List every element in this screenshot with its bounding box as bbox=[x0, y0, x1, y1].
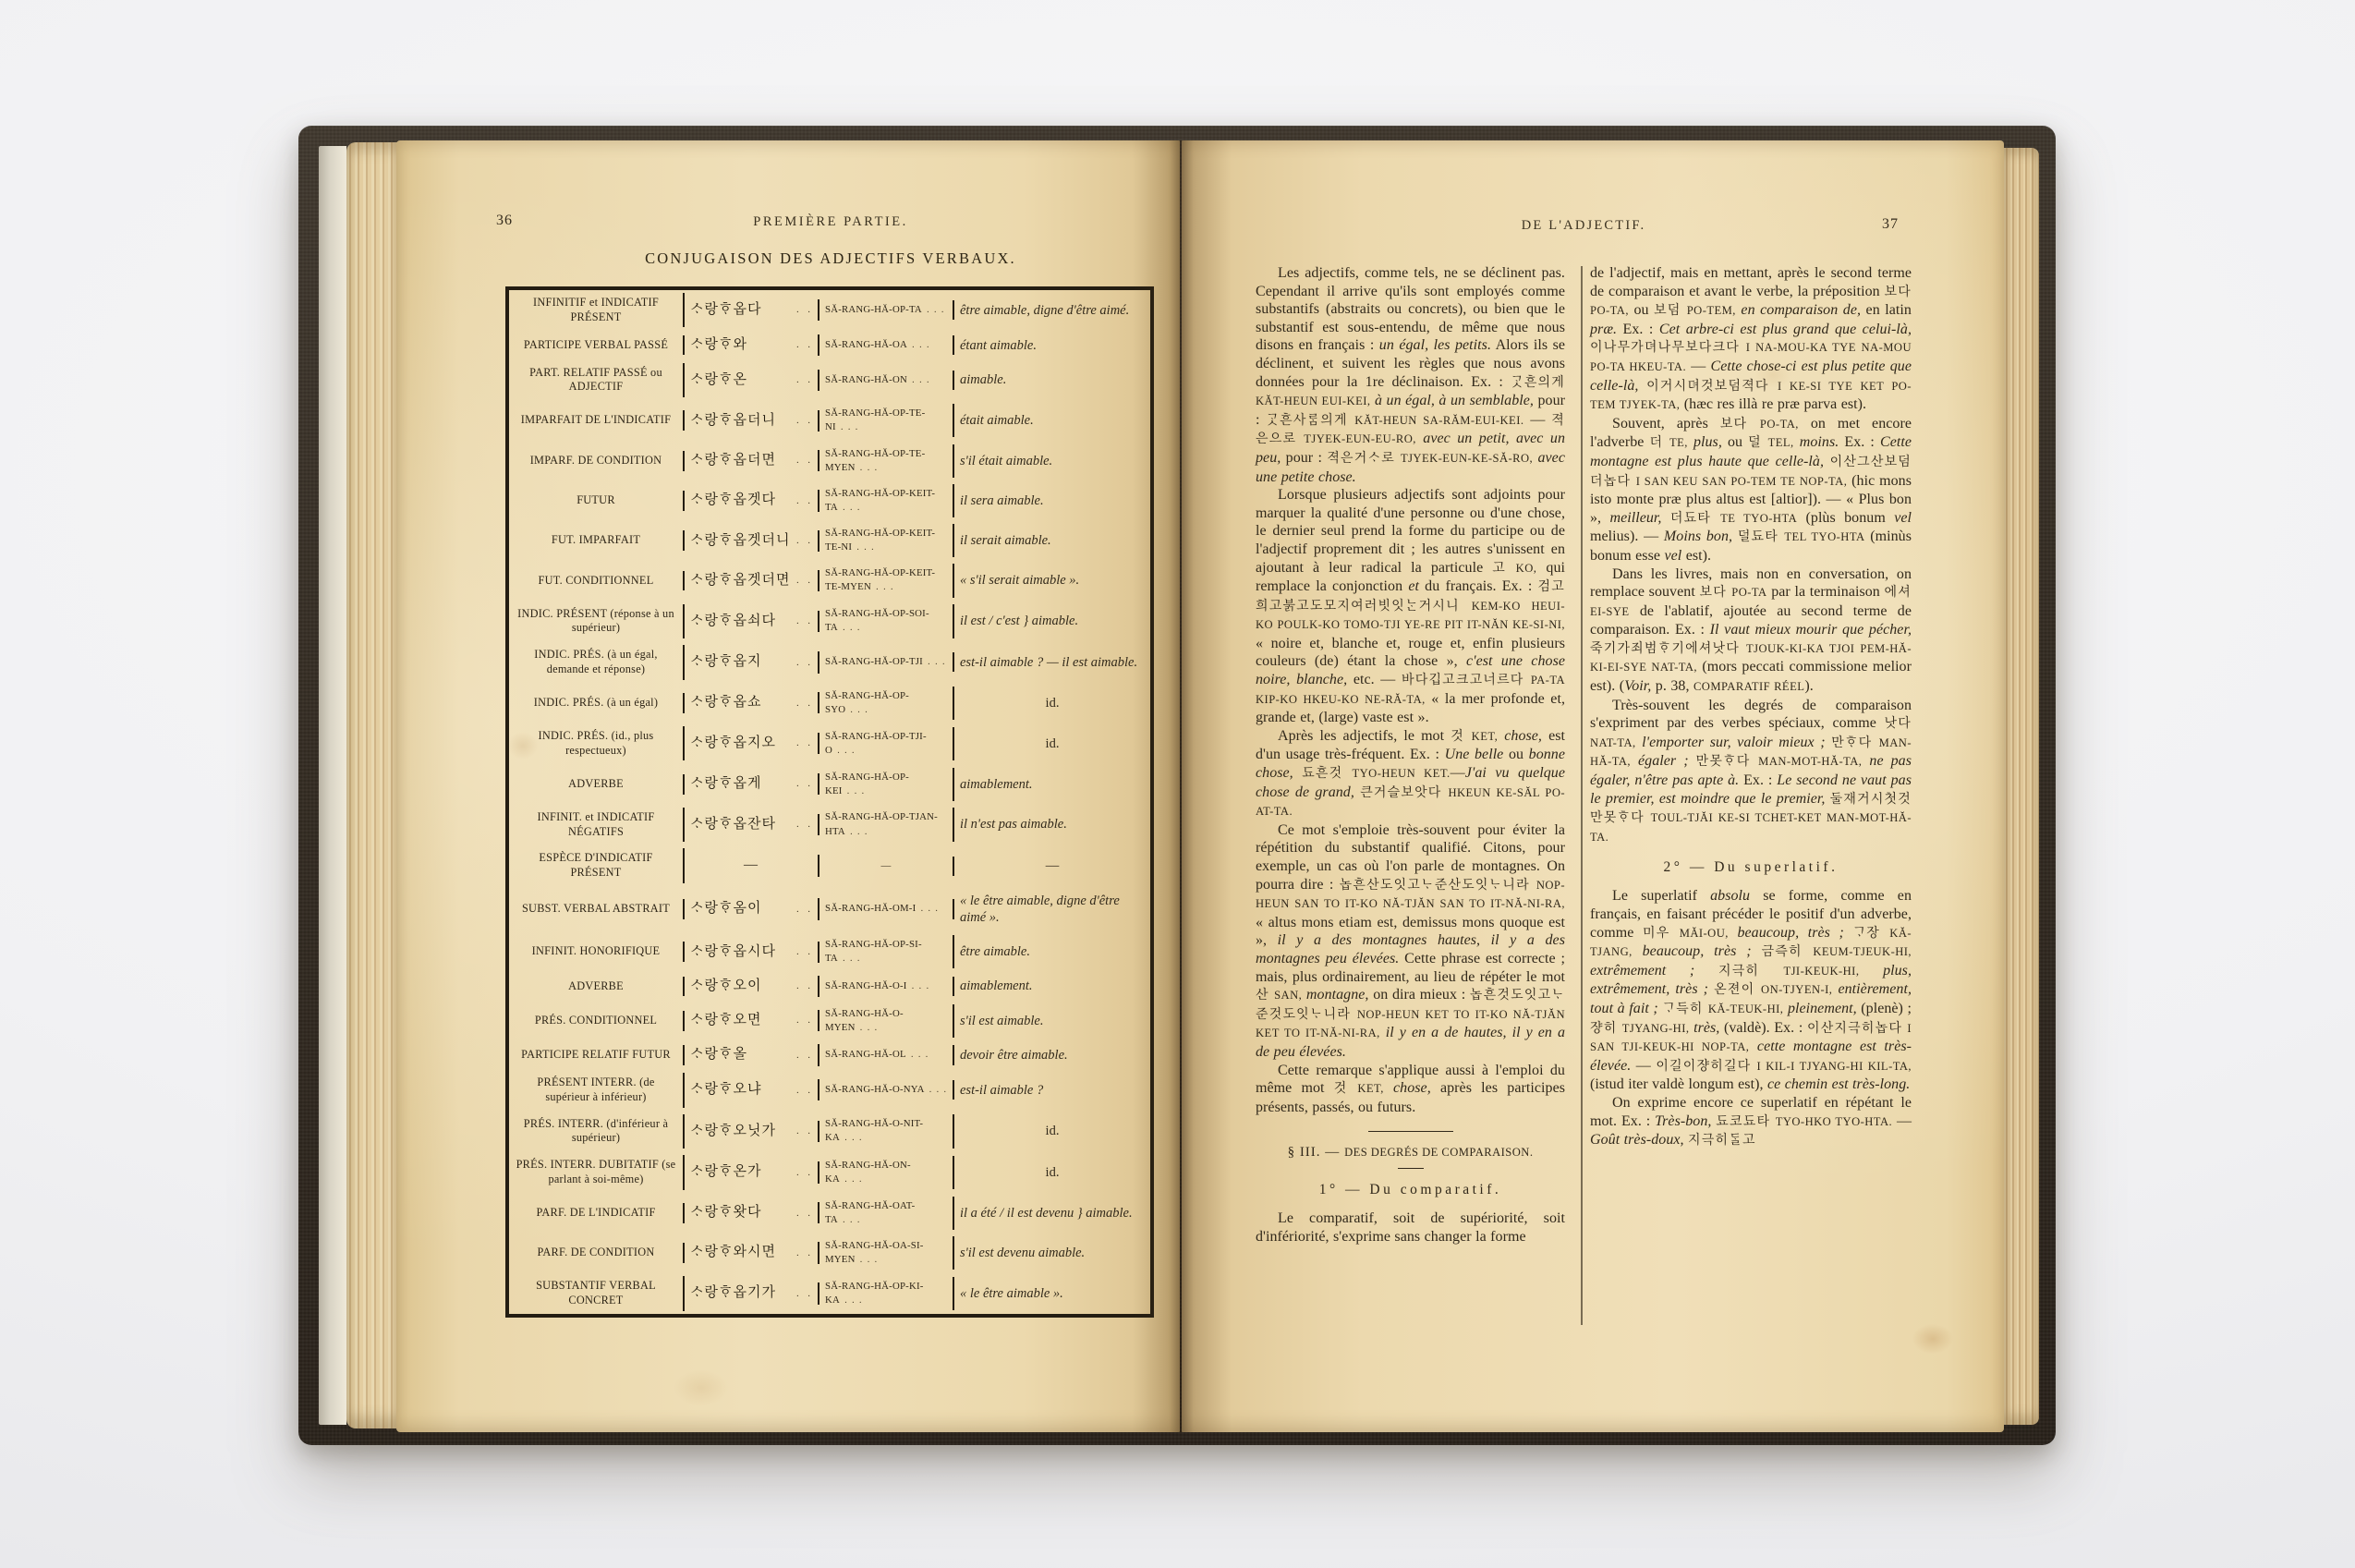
text-block: 2° — Du superlatif. bbox=[1590, 859, 1912, 876]
text-inline: absolu bbox=[1710, 888, 1750, 904]
text-inline: p. 38, bbox=[1651, 678, 1693, 694]
korean-inline: 만ᄒᆞ다 bbox=[1831, 736, 1878, 750]
romanization-inline: COMPARATIF RÉEL bbox=[1693, 680, 1804, 693]
korean-inline: 보다 bbox=[1885, 286, 1912, 299]
cell-french-translation: il a été / il est devenu } aimable. bbox=[954, 1202, 1150, 1224]
cell-french-translation: « le être aimable, digne d'être aimé ». bbox=[954, 890, 1150, 929]
korean-inline: 것 bbox=[1334, 1082, 1358, 1096]
cell-french-translation: était aimable. bbox=[954, 409, 1150, 432]
table-row: ADVERBE ᄉᆞ랑ᄒᆞ오이 SĂ-RANG-HĂ-O-I aimableme… bbox=[509, 975, 1150, 997]
cell-grammar-label: IMPARFAIT DE L'INDICATIF bbox=[509, 410, 685, 431]
korean-inline: 죽기가죄범ᄒᆞ기에셔낫다 bbox=[1590, 642, 1746, 656]
text-inline: égaler ; bbox=[1631, 753, 1689, 769]
text-inline: 2° — Du superlatif. bbox=[1664, 859, 1839, 875]
korean-inline: 산 bbox=[1256, 989, 1274, 1003]
endpaper-edge bbox=[319, 146, 346, 1425]
cell-romanization: — bbox=[819, 857, 954, 876]
column-divider bbox=[1581, 266, 1583, 1325]
cell-french-translation: « le être aimable ». bbox=[954, 1282, 1150, 1305]
korean-inline: 보다 bbox=[1699, 586, 1731, 600]
korean-inline: 보덤 bbox=[1654, 304, 1687, 318]
cell-korean: ᄉᆞ랑ᄒᆞ와시면 bbox=[685, 1242, 819, 1263]
table-row: SUBST. VERBAL ABSTRAIT ᄉᆞ랑ᄒᆞ옴이 SĂ-RANG-H… bbox=[509, 890, 1150, 929]
cell-grammar-label: PART. RELATIF PASSÉ ou ADJECTIF bbox=[509, 363, 685, 397]
table-row: INFINIT. et INDICATIF NÉGATIFS ᄉᆞ랑ᄒᆞ옵잔타 … bbox=[509, 808, 1150, 842]
cell-korean: ᄉᆞ랑ᄒᆞ옵잔타 bbox=[685, 814, 819, 835]
cell-korean: ᄉᆞ랑ᄒᆞ옵게 bbox=[685, 773, 819, 795]
cell-french-translation: id. bbox=[954, 733, 1150, 755]
romanization-inline: KĂT-HEUN SA-RĂM-EUI-KEI. bbox=[1354, 414, 1523, 427]
korean-inline: 미우 bbox=[1643, 927, 1680, 941]
table-row: SUBSTANTIF VERBAL CONCRET ᄉᆞ랑ᄒᆞ옵기가 SĂ-RA… bbox=[509, 1276, 1150, 1310]
text-inline: meilleur, bbox=[1609, 510, 1661, 526]
table-row: PRÉS. INTERR. (d'inférieur à supérieur) … bbox=[509, 1114, 1150, 1149]
cell-korean: ᄉᆞ랑ᄒᆞ온 bbox=[685, 370, 819, 391]
romanization-inline: ON-TJYEN-I, bbox=[1761, 983, 1832, 996]
cell-grammar-label: INFINIT. et INDICATIF NÉGATIFS bbox=[509, 808, 685, 842]
text-inline: et bbox=[1408, 578, 1419, 594]
running-head-left: PREMIÈRE PARTIE. bbox=[505, 214, 1156, 230]
cell-grammar-label: INDIC. PRÉS. (id., plus respectueux) bbox=[509, 726, 685, 760]
text-inline: — bbox=[1523, 412, 1551, 428]
cell-romanization: SĂ-RANG-HĂ-OP-TE-MYEN bbox=[819, 444, 954, 478]
cell-grammar-label: INDIC. PRÉS. (à un égal, demande et répo… bbox=[509, 645, 685, 679]
table-row: ADVERBE ᄉᆞ랑ᄒᆞ옵게 SĂ-RANG-HĂ-OP-KEI aimabl… bbox=[509, 768, 1150, 801]
romanization-inline: MAN-MOT-HĂ-TA, bbox=[1758, 755, 1862, 768]
text-inline: Très-bon, bbox=[1655, 1113, 1711, 1129]
text-inline: Goût très-doux, bbox=[1590, 1132, 1684, 1148]
text-inline: moins. bbox=[1794, 434, 1839, 450]
korean-inline: 이나무가뎌나무보다크다 bbox=[1590, 341, 1746, 355]
text-inline: vel bbox=[1894, 510, 1912, 526]
cell-korean: ᄉᆞ랑ᄒᆞ와 bbox=[685, 334, 819, 356]
cell-romanization: SĂ-RANG-HĂ-OP-SYO bbox=[819, 687, 954, 720]
cell-grammar-label: FUT. CONDITIONNEL bbox=[509, 571, 685, 591]
cell-french-translation: est-il aimable ? bbox=[954, 1079, 1150, 1101]
korean-inline: 더됴타 bbox=[1670, 512, 1720, 526]
cell-french-translation: il sera aimable. bbox=[954, 490, 1150, 512]
korean-inline: 온젼이 bbox=[1714, 983, 1761, 997]
cell-korean: ᄉᆞ랑ᄒᆞ옵시다 bbox=[685, 942, 819, 963]
table-row: PRÉS. CONDITIONNEL ᄉᆞ랑ᄒᆞ오면 SĂ-RANG-HĂ-O-… bbox=[509, 1004, 1150, 1038]
cell-french-translation: il n'est pas aimable. bbox=[954, 813, 1150, 835]
text-inline: vel bbox=[1664, 548, 1681, 564]
table-row: IMPARFAIT DE L'INDICATIF ᄉᆞ랑ᄒᆞ옵더니 SĂ-RAN… bbox=[509, 404, 1150, 437]
text-inline: ou bbox=[1722, 434, 1748, 450]
romanization-inline: TE, bbox=[1669, 436, 1688, 449]
cell-korean: ᄉᆞ랑ᄒᆞ옵쇼 bbox=[685, 692, 819, 713]
cell-french-translation: aimablement. bbox=[954, 773, 1150, 796]
text-inline: — bbox=[1631, 1058, 1656, 1074]
page-left: 36 PREMIÈRE PARTIE. CONJUGAISON DES ADJE… bbox=[396, 140, 1180, 1432]
romanization-inline: TJYEK-EUN-KE-SĂ-RO, bbox=[1401, 452, 1533, 465]
text-inline: par la terminaison bbox=[1767, 584, 1885, 600]
cell-romanization: SĂ-RANG-HĂ-O-I bbox=[819, 977, 954, 996]
cell-romanization: SĂ-RANG-HĂ-ON-KA bbox=[819, 1156, 954, 1189]
korean-inline: ᄀᆞᆺ흔사ᄅᆞᆷ의게 bbox=[1266, 414, 1354, 428]
korean-inline: 됴코됴타 bbox=[1716, 1115, 1775, 1129]
cell-romanization: SĂ-RANG-HĂ-OP-SI-TA bbox=[819, 935, 954, 968]
korean-inline: 이산지극히놉다 bbox=[1807, 1022, 1907, 1036]
table-row: ESPÈCE D'INDICATIF PRÉSENT — — — bbox=[509, 848, 1150, 882]
text-inline: Moins bon, bbox=[1664, 529, 1732, 544]
table-row: FUTUR ᄉᆞ랑ᄒᆞ옵겟다 SĂ-RANG-HĂ-OP-KEIT-TA il … bbox=[509, 484, 1150, 517]
stain bbox=[1912, 1323, 1954, 1355]
text-inline: Il vaut mieux mourir que pécher, bbox=[1710, 622, 1912, 638]
photo-background: 36 PREMIÈRE PARTIE. CONJUGAISON DES ADJE… bbox=[0, 0, 2355, 1568]
text-inline: ). bbox=[1804, 678, 1813, 694]
text-inline: § III. — bbox=[1288, 1145, 1345, 1160]
text-inline: en comparaison de, bbox=[1736, 302, 1861, 318]
text-column-left: Les adjectifs, comme tels, ne se décline… bbox=[1256, 264, 1565, 1246]
cell-romanization: SĂ-RANG-HĂ-OA bbox=[819, 335, 954, 355]
text-inline: montagne, bbox=[1302, 987, 1368, 1003]
korean-inline: 지극히 bbox=[1718, 965, 1783, 978]
cell-french-translation: aimablement. bbox=[954, 975, 1150, 997]
text-block: Après les adjectifs, le mot 것 KET, chose… bbox=[1256, 727, 1565, 821]
cell-french-translation: devoir être aimable. bbox=[954, 1044, 1150, 1066]
cell-romanization: SĂ-RANG-HĂ-OM-I bbox=[819, 899, 954, 918]
korean-inline: 에셔 bbox=[1885, 586, 1912, 600]
cell-romanization: SĂ-RANG-HĂ-OA-SI-MYEN bbox=[819, 1236, 954, 1270]
cell-korean: ᄉᆞ랑ᄒᆞ오이 bbox=[685, 976, 819, 997]
cell-grammar-label: ADVERBE bbox=[509, 774, 685, 795]
cell-french-translation: s'il est aimable. bbox=[954, 1010, 1150, 1032]
text-inline bbox=[1293, 765, 1302, 781]
text-inline: (plùs bonum bbox=[1797, 510, 1894, 526]
cell-grammar-label: INDIC. PRÉS. (à un égal) bbox=[509, 693, 685, 713]
romanization-inline: KEUM-TJEUK-HI, bbox=[1813, 945, 1912, 958]
cell-romanization: SĂ-RANG-HĂ-O-NYA bbox=[819, 1080, 954, 1100]
text-block: Le superlatif absolu se forme, comme en … bbox=[1590, 887, 1912, 1094]
korean-inline: 이거시뎌것보덤젹다 bbox=[1646, 380, 1778, 394]
table-row: INDIC. PRÉS. (id., plus respectueux) ᄉᆞ랑… bbox=[509, 726, 1150, 760]
text-inline: — bbox=[1451, 765, 1465, 781]
romanization-inline: I KIL-I TJYANG-HI KIL-TA, bbox=[1757, 1060, 1912, 1073]
text-inline: (valdè). Ex. : bbox=[1719, 1020, 1807, 1036]
cell-romanization: SĂ-RANG-HĂ-ON bbox=[819, 371, 954, 390]
page-right: DE L'ADJECTIF. 37 Les adjectifs, comme t… bbox=[1182, 140, 2004, 1432]
romanization-inline: NAT-TA, bbox=[1590, 736, 1636, 749]
cell-romanization: SĂ-RANG-HĂ-OAT-TA bbox=[819, 1197, 954, 1230]
cell-korean: ᄉᆞ랑ᄒᆞ옵더면 bbox=[685, 450, 819, 471]
page-number-right: 37 bbox=[1882, 216, 1899, 233]
page-stack-left-edge bbox=[346, 142, 400, 1428]
cell-french-translation: être aimable. bbox=[954, 941, 1150, 963]
text-block: Très-souvent les degrés de comparaison s… bbox=[1590, 697, 1912, 847]
cell-romanization: SĂ-RANG-HĂ-OP-KI-KA bbox=[819, 1277, 954, 1310]
cell-romanization: SĂ-RANG-HĂ-OP-KEIT-TE-NI bbox=[819, 524, 954, 557]
cell-grammar-label: PARF. DE L'INDICATIF bbox=[509, 1203, 685, 1223]
cell-korean: ᄉᆞ랑ᄒᆞ옴이 bbox=[685, 898, 819, 919]
text-inline: melius). — bbox=[1590, 529, 1664, 544]
table-row: PRÉSENT INTERR. (de supérieur à inférieu… bbox=[509, 1073, 1150, 1107]
text-inline: Voir, bbox=[1624, 678, 1651, 694]
cell-romanization: SĂ-RANG-HĂ-OP-TJAN-HTA bbox=[819, 808, 954, 841]
cell-romanization: SĂ-RANG-HĂ-OP-SOI-TA bbox=[819, 604, 954, 638]
text-inline: du français. Ex. : bbox=[1419, 578, 1538, 594]
text-inline: etc. — bbox=[1347, 672, 1402, 687]
text-block: Lorsque plusieurs adjectifs sont adjoint… bbox=[1256, 486, 1565, 727]
text-inline bbox=[1752, 943, 1762, 959]
table-row: INDIC. PRÉS. (à un égal, demande et répo… bbox=[509, 645, 1150, 679]
romanization-inline: PO-TEM, bbox=[1687, 304, 1736, 317]
cell-grammar-label: FUTUR bbox=[509, 491, 685, 511]
text-inline bbox=[1824, 454, 1830, 469]
cell-french-translation: étant aimable. bbox=[954, 334, 1150, 357]
text-inline: Ex. : bbox=[1739, 772, 1777, 788]
romanization-inline: KĂT-HEUN EUI-KEI, bbox=[1256, 395, 1370, 407]
cell-romanization: SĂ-RANG-HĂ-OP-KEIT-TA bbox=[819, 484, 954, 517]
text-block: Le comparatif, soit de supériorité, soit… bbox=[1256, 1209, 1565, 1246]
cell-korean: ᄉᆞ랑ᄒᆞ오닛가 bbox=[685, 1121, 819, 1142]
book-cover: 36 PREMIÈRE PARTIE. CONJUGAISON DES ADJE… bbox=[298, 126, 2056, 1445]
text-block: Souvent, après 보다 PO-TA, on met encore l… bbox=[1590, 415, 1912, 565]
text-inline: on dira mieux : bbox=[1369, 987, 1470, 1003]
cell-french-translation: il est / c'est } aimable. bbox=[954, 610, 1150, 632]
romanization-inline: KO, bbox=[1516, 562, 1537, 575]
text-inline: Très-souvent les degrés de comparaison s… bbox=[1590, 698, 1912, 732]
korean-inline: ᄀᆞ장 bbox=[1853, 927, 1890, 941]
cell-french-translation: il serait aimable. bbox=[954, 529, 1150, 552]
korean-inline: 만못ᄒᆞ다 bbox=[1696, 755, 1759, 769]
text-inline: Ex. : bbox=[1839, 434, 1880, 450]
text-block: Ce mot s'emploie très-souvent pour évite… bbox=[1256, 821, 1565, 1062]
text-inline: ou bbox=[1629, 302, 1654, 318]
text-inline: est). bbox=[1681, 548, 1711, 564]
text-inline bbox=[1661, 510, 1669, 526]
cell-french-translation: aimable. bbox=[954, 369, 1150, 391]
table-row: INDIC. PRÉS. (à un égal) ᄉᆞ랑ᄒᆞ옵쇼 SĂ-RANG… bbox=[509, 687, 1150, 720]
korean-inline: 것 bbox=[1451, 730, 1471, 744]
table-row: PRÉS. INTERR. DUBITATIF (se parlant à so… bbox=[509, 1155, 1150, 1189]
romanization-inline: PO-TA, bbox=[1590, 304, 1629, 317]
text-inline: Souvent, après bbox=[1612, 416, 1720, 432]
romanization-inline: KET, bbox=[1357, 1082, 1384, 1095]
cell-french-translation: être aimable, digne d'être aimé. bbox=[954, 299, 1150, 322]
cell-french-translation: « s'il serait aimable ». bbox=[954, 569, 1150, 591]
text-inline: en latin bbox=[1861, 302, 1912, 318]
romanization-inline: TJYANG-HI, bbox=[1622, 1022, 1690, 1035]
text-inline: à un égal, à un semblable, bbox=[1370, 393, 1534, 408]
table-row: PARF. DE CONDITION ᄉᆞ랑ᄒᆞ와시면 SĂ-RANG-HĂ-O… bbox=[509, 1236, 1150, 1270]
text-inline: beaucoup, très ; bbox=[1633, 943, 1752, 959]
cell-grammar-label: ESPÈCE D'INDICATIF PRÉSENT bbox=[509, 848, 685, 882]
conjugation-table: INFINITIF et INDICATIF PRÉSENT ᄉᆞ랑ᄒᆞ옵다 S… bbox=[505, 286, 1154, 1318]
cell-grammar-label: PRÉS. CONDITIONNEL bbox=[509, 1011, 685, 1031]
text-inline: l'emporter sur, valoir mieux ; bbox=[1636, 735, 1826, 750]
romanization-inline: TEL, bbox=[1768, 436, 1794, 449]
text-inline: (hæc res illà re præ parva est). bbox=[1680, 396, 1866, 412]
text-inline bbox=[1694, 963, 1718, 978]
korean-inline: 금즉히 bbox=[1762, 945, 1814, 959]
cell-grammar-label: PARTICIPE VERBAL PASSÉ bbox=[509, 335, 685, 356]
cell-korean: ᄉᆞ랑ᄒᆞ옵쇠다 bbox=[685, 611, 819, 632]
romanization-inline: TYO-HKO TYO-HTA. bbox=[1776, 1115, 1892, 1128]
korean-inline: 쟝히 bbox=[1590, 1022, 1622, 1036]
cell-korean: ᄉᆞ랑ᄒᆞ옵더니 bbox=[685, 410, 819, 432]
text-inline: — bbox=[1892, 1113, 1912, 1129]
romanization-inline: TE TYO-HTA bbox=[1720, 512, 1797, 525]
text-inline: pour : bbox=[1281, 450, 1327, 466]
romanization-inline: MĂI-OU, bbox=[1680, 927, 1729, 940]
text-inline: Après les adjectifs, le mot bbox=[1278, 728, 1451, 744]
cell-french-translation: id. bbox=[954, 1161, 1150, 1184]
romanization-inline: PO-TA, bbox=[1760, 418, 1799, 431]
page-stack-right-edge bbox=[2004, 148, 2039, 1425]
table-row: PARTICIPE VERBAL PASSÉ ᄉᆞ랑ᄒᆞ와 SĂ-RANG-HĂ… bbox=[509, 334, 1150, 357]
table-row: INFINIT. HONORIFIQUE ᄉᆞ랑ᄒᆞ옵시다 SĂ-RANG-HĂ… bbox=[509, 935, 1150, 968]
text-column-right: de l'adjectif, mais en mettant, après le… bbox=[1590, 264, 1912, 1150]
table-row: PARTICIPE RELATIF FUTUR ᄉᆞ랑ᄒᆞ올 SĂ-RANG-H… bbox=[509, 1044, 1150, 1066]
cell-grammar-label: PRÉS. INTERR. (d'inférieur à supérieur) bbox=[509, 1114, 685, 1149]
cell-french-translation: id. bbox=[954, 1120, 1150, 1142]
text-inline: ce chemin est très-long. bbox=[1767, 1076, 1910, 1092]
cell-grammar-label: ADVERBE bbox=[509, 977, 685, 997]
cell-korean: ᄉᆞ랑ᄒᆞ옵겟더니 bbox=[685, 530, 819, 552]
cell-romanization: SĂ-RANG-HĂ-O-MYEN bbox=[819, 1004, 954, 1038]
text-inline: (plenè) ; bbox=[1857, 1001, 1912, 1016]
cell-grammar-label: FUT. IMPARFAIT bbox=[509, 530, 685, 551]
cell-grammar-label: PARTICIPE RELATIF FUTUR bbox=[509, 1045, 685, 1065]
text-inline: 1° — Du comparatif. bbox=[1319, 1182, 1502, 1197]
cell-french-translation: id. bbox=[954, 692, 1150, 714]
cell-grammar-label: IMPARF. DE CONDITION bbox=[509, 451, 685, 471]
cell-grammar-label: PRÉSENT INTERR. (de supérieur à inférieu… bbox=[509, 1073, 685, 1107]
korean-inline: 고 bbox=[1492, 562, 1515, 576]
text-inline: Une belle bbox=[1445, 747, 1504, 762]
table-row: INFINITIF et INDICATIF PRÉSENT ᄉᆞ랑ᄒᆞ옵다 S… bbox=[509, 293, 1150, 327]
table-row: INDIC. PRÉSENT (réponse à un supérieur) … bbox=[509, 604, 1150, 638]
text-inline: de l'adjectif, mais en mettant, après le… bbox=[1590, 265, 1912, 299]
korean-inline: 큰거슬보앗다 bbox=[1360, 786, 1448, 800]
text-inline: præ. bbox=[1590, 322, 1617, 337]
romanization-inline: KET, bbox=[1472, 730, 1499, 743]
text-inline: pleinement, bbox=[1783, 1001, 1856, 1016]
romanization-inline: SAN, bbox=[1274, 989, 1302, 1002]
text-inline: plus, bbox=[1688, 434, 1722, 450]
table-row: FUT. IMPARFAIT ᄉᆞ랑ᄒᆞ옵겟더니 SĂ-RANG-HĂ-OP-K… bbox=[509, 524, 1150, 557]
table-title: CONJUGAISON DES ADJECTIFS VERBAUX. bbox=[505, 249, 1156, 268]
text-inline: (istud iter valdè longum est), bbox=[1590, 1076, 1767, 1092]
korean-inline: 젹은거ᄉᆞ로 bbox=[1327, 452, 1401, 466]
text-block: Dans les livres, mais non en conversatio… bbox=[1590, 565, 1912, 697]
text-block: 1° — Du comparatif. bbox=[1256, 1182, 1565, 1198]
romanization-inline: KĂ-TEUK-HI, bbox=[1708, 1003, 1784, 1015]
cell-korean: — bbox=[685, 855, 819, 876]
cell-grammar-label: SUBST. VERBAL ABSTRAIT bbox=[509, 899, 685, 919]
cell-grammar-label: INFINIT. HONORIFIQUE bbox=[509, 942, 685, 962]
cell-korean: ᄉᆞ랑ᄒᆞ옵다 bbox=[685, 299, 819, 321]
cell-korean: ᄉᆞ랑ᄒᆞ오면 bbox=[685, 1010, 819, 1031]
text-block: § III. — DES DEGRÉS DE COMPARAISON. bbox=[1256, 1145, 1565, 1169]
text-inline: Cet arbre-ci est plus grand que celui-là… bbox=[1659, 322, 1912, 337]
text-inline: ou bbox=[1503, 747, 1528, 762]
table-row: PART. RELATIF PASSÉ ou ADJECTIF ᄉᆞ랑ᄒᆞ온 S… bbox=[509, 363, 1150, 397]
text-inline bbox=[1689, 753, 1696, 769]
text-block bbox=[1368, 1131, 1453, 1132]
text-inline: extrêmement ; bbox=[1590, 963, 1694, 978]
text-inline: Ex. : bbox=[1617, 322, 1659, 337]
text-block: Les adjectifs, comme tels, ne se décline… bbox=[1256, 264, 1565, 486]
cell-grammar-label: INDIC. PRÉSENT (réponse à un supérieur) bbox=[509, 604, 685, 638]
korean-inline: 보다 bbox=[1720, 418, 1760, 432]
cell-romanization: SĂ-RANG-HĂ-O-NIT-KA bbox=[819, 1114, 954, 1148]
text-inline: Le superlatif bbox=[1612, 888, 1710, 904]
cell-french-translation: — bbox=[954, 855, 1150, 877]
cell-romanization: SĂ-RANG-HĂ-OP-TA bbox=[819, 300, 954, 320]
table-row: FUT. CONDITIONNEL ᄉᆞ랑ᄒᆞ옵겟더면 SĂ-RANG-HĂ-O… bbox=[509, 564, 1150, 597]
korean-inline: 이길이쟝히길다 bbox=[1656, 1060, 1756, 1074]
running-head-right: DE L'ADJECTIF. bbox=[1256, 218, 1912, 234]
korean-inline: 덜됴타 bbox=[1738, 530, 1785, 544]
text-inline bbox=[1638, 378, 1646, 394]
cell-korean: ᄉᆞ랑ᄒᆞ올 bbox=[685, 1044, 819, 1065]
cell-korean: ᄉᆞ랑ᄒᆞ옵겟더면 bbox=[685, 570, 819, 591]
cell-korean: ᄉᆞ랑ᄒᆞ왓다 bbox=[685, 1202, 819, 1223]
korean-inline: 지극히ᄃᆞᆯ고 bbox=[1688, 1134, 1756, 1148]
table-row: PARF. DE L'INDICATIF ᄉᆞ랑ᄒᆞ왓다 SĂ-RANG-HĂ-… bbox=[509, 1197, 1150, 1230]
korean-inline: 낫다 bbox=[1885, 717, 1912, 731]
cell-korean: ᄉᆞ랑ᄒᆞ옵지오 bbox=[685, 733, 819, 754]
cell-korean: ᄉᆞ랑ᄒᆞ오냐 bbox=[685, 1079, 819, 1100]
cell-romanization: SĂ-RANG-HĂ-OP-KEIT-TE-MYEN bbox=[819, 564, 954, 597]
romanization-inline: TJI-KEUK-HI, bbox=[1783, 965, 1859, 978]
korean-inline: 놉흔산도잇고ᄂᆞ준산도잇ᄂᆞ니라 bbox=[1340, 879, 1536, 893]
romanization-inline: DES DEGRÉS DE COMPARAISON. bbox=[1344, 1146, 1533, 1159]
cell-french-translation: s'il est devenu aimable. bbox=[954, 1242, 1150, 1264]
cell-grammar-label: SUBSTANTIF VERBAL CONCRET bbox=[509, 1276, 685, 1310]
text-inline: chose, bbox=[1498, 728, 1542, 744]
cell-romanization: SĂ-RANG-HĂ-OP-TJI-O bbox=[819, 727, 954, 760]
text-inline: un égal, les petits. bbox=[1379, 337, 1491, 353]
cell-french-translation: est-il aimable ? — il est aimable. bbox=[954, 651, 1150, 674]
text-block: de l'adjectif, mais en mettant, après le… bbox=[1590, 264, 1912, 415]
korean-inline: 바다깁고크고너르다 bbox=[1402, 674, 1531, 687]
text-inline: — bbox=[1686, 359, 1710, 374]
korean-inline: ᄀᆞᆺ흔의게 bbox=[1511, 376, 1565, 390]
romanization-inline: TJYEK-EUN-EU-RO, bbox=[1304, 432, 1416, 445]
romanization-inline: PO-TA bbox=[1731, 586, 1766, 599]
cell-korean: ᄉᆞ랑ᄒᆞ옵지 bbox=[685, 651, 819, 673]
table-row: IMPARF. DE CONDITION ᄉᆞ랑ᄒᆞ옵더면 SĂ-RANG-HĂ… bbox=[509, 444, 1150, 478]
cell-romanization: SĂ-RANG-HĂ-OL bbox=[819, 1045, 954, 1064]
romanization-inline: TYO-HEUN KET. bbox=[1352, 767, 1450, 780]
text-inline: Le comparatif, soit de supériorité, soit… bbox=[1256, 1210, 1565, 1245]
text-inline bbox=[1844, 925, 1853, 941]
cell-korean: ᄉᆞ랑ᄒᆞ옵겟다 bbox=[685, 490, 819, 511]
korean-inline: 더 bbox=[1650, 436, 1669, 450]
korean-inline: ᄀᆞ득히 bbox=[1662, 1003, 1707, 1016]
text-inline: chose, bbox=[1384, 1080, 1431, 1096]
cell-grammar-label: INFINITIF et INDICATIF PRÉSENT bbox=[509, 293, 685, 327]
cell-romanization: SĂ-RANG-HĂ-OP-TJI bbox=[819, 652, 954, 672]
romanization-inline: EI-SYE bbox=[1590, 605, 1630, 618]
romanization-inline: I SAN KEU SAN PO-TEM TE NOP-TA, bbox=[1636, 475, 1848, 488]
cell-grammar-label: PRÉS. INTERR. DUBITATIF (se parlant à so… bbox=[509, 1155, 685, 1189]
cell-korean: ᄉᆞ랑ᄒᆞ옵기가 bbox=[685, 1282, 819, 1304]
cell-romanization: SĂ-RANG-HĂ-OP-TE-NI bbox=[819, 404, 954, 437]
text-inline: très, bbox=[1689, 1020, 1719, 1036]
korean-inline: 덜 bbox=[1748, 436, 1767, 450]
romanization-inline: TEL TYO-HTA bbox=[1784, 530, 1864, 543]
text-columns: Les adjectifs, comme tels, ne se décline… bbox=[1256, 264, 1912, 1332]
text-block: Cette remarque s'applique aussi à l'empl… bbox=[1256, 1062, 1565, 1117]
text-inline: beaucoup, très ; bbox=[1729, 925, 1844, 941]
cell-korean: ᄉᆞ랑ᄒᆞ온가 bbox=[685, 1161, 819, 1183]
cell-french-translation: s'il était aimable. bbox=[954, 450, 1150, 472]
text-block: On exprime encore ce superlatif en répét… bbox=[1590, 1094, 1912, 1150]
